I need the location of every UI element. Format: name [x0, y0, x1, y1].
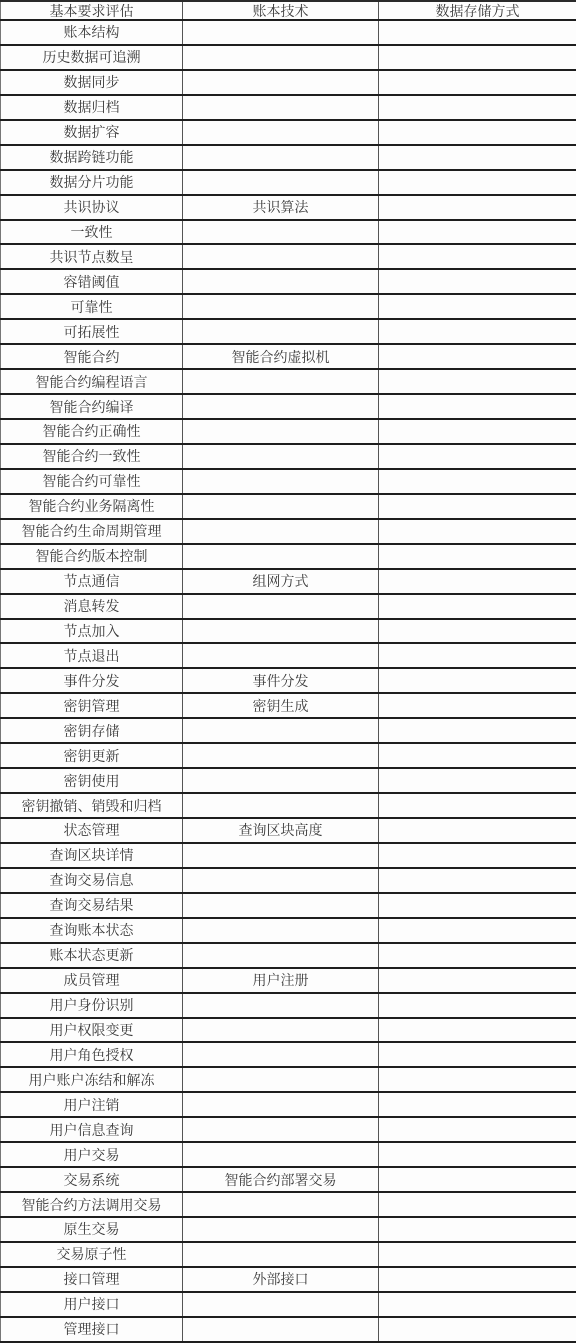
- cell-requirement: 容错阈值: [1, 269, 183, 294]
- table-row: 密钥更新: [1, 743, 576, 768]
- cell-ledger-technology: [183, 1142, 379, 1167]
- table-row: 用户注销: [1, 1092, 576, 1117]
- cell-requirement: 智能合约一致性: [1, 444, 183, 469]
- cell-data-storage: [379, 1292, 576, 1317]
- cell-data-storage: [379, 1142, 576, 1167]
- table-header: 基本要求评估 账本技术 数据存储方式: [1, 1, 576, 20]
- cell-data-storage: [379, 369, 576, 394]
- cell-requirement: 用户接口: [1, 1292, 183, 1317]
- cell-ledger-technology: 密钥生成: [183, 693, 379, 718]
- table-row: 密钥管理 密钥生成: [1, 693, 576, 718]
- cell-requirement: 消息转发: [1, 594, 183, 619]
- cell-data-storage: [379, 743, 576, 768]
- cell-requirement: 智能合约可靠性: [1, 469, 183, 494]
- cell-data-storage: [379, 220, 576, 245]
- table-row: 一致性: [1, 220, 576, 245]
- cell-requirement: 一致性: [1, 220, 183, 245]
- cell-ledger-technology: [183, 918, 379, 943]
- table-row: 用户交易: [1, 1142, 576, 1167]
- table-row: 节点加入: [1, 619, 576, 644]
- cell-data-storage: [379, 843, 576, 868]
- cell-data-storage: [379, 294, 576, 319]
- cell-requirement: 智能合约方法调用交易: [1, 1192, 183, 1217]
- table-row: 智能合约编程语言: [1, 369, 576, 394]
- cell-ledger-technology: [183, 369, 379, 394]
- cell-data-storage: [379, 45, 576, 70]
- cell-requirement: 交易系统: [1, 1167, 183, 1192]
- cell-ledger-technology: [183, 294, 379, 319]
- table-row: 容错阈值: [1, 269, 576, 294]
- cell-ledger-technology: [183, 1217, 379, 1242]
- cell-ledger-technology: 智能合约虚拟机: [183, 344, 379, 369]
- table-row: 原生交易: [1, 1217, 576, 1242]
- cell-data-storage: [379, 419, 576, 444]
- cell-ledger-technology: [183, 319, 379, 344]
- cell-requirement: 智能合约编译: [1, 394, 183, 419]
- cell-ledger-technology: [183, 594, 379, 619]
- requirements-table: 基本要求评估 账本技术 数据存储方式 账本结构 历史数据可追溯 数据同步 数据归…: [0, 0, 576, 1343]
- cell-ledger-technology: 组网方式: [183, 569, 379, 594]
- cell-data-storage: [379, 519, 576, 544]
- table-row: 智能合约编译: [1, 394, 576, 419]
- cell-ledger-technology: [183, 1242, 379, 1267]
- table-row: 用户信息查询: [1, 1117, 576, 1142]
- cell-requirement: 查询区块详情: [1, 843, 183, 868]
- cell-ledger-technology: [183, 743, 379, 768]
- document-page: 基本要求评估 账本技术 数据存储方式 账本结构 历史数据可追溯 数据同步 数据归…: [0, 0, 576, 1343]
- table-row: 智能合约方法调用交易: [1, 1192, 576, 1217]
- cell-data-storage: [379, 1242, 576, 1267]
- cell-ledger-technology: 外部接口: [183, 1267, 379, 1292]
- cell-ledger-technology: [183, 793, 379, 818]
- table-row: 查询交易信息: [1, 868, 576, 893]
- cell-ledger-technology: 共识算法: [183, 195, 379, 220]
- table-row: 用户权限变更: [1, 1018, 576, 1043]
- table-row: 智能合约可靠性: [1, 469, 576, 494]
- cell-ledger-technology: [183, 244, 379, 269]
- cell-data-storage: [379, 1167, 576, 1192]
- cell-data-storage: [379, 95, 576, 120]
- cell-ledger-technology: [183, 1117, 379, 1142]
- cell-ledger-technology: [183, 893, 379, 918]
- cell-data-storage: [379, 968, 576, 993]
- cell-data-storage: [379, 1192, 576, 1217]
- cell-data-storage: [379, 569, 576, 594]
- cell-ledger-technology: [183, 943, 379, 968]
- cell-ledger-technology: [183, 718, 379, 743]
- header-row: 基本要求评估 账本技术 数据存储方式: [1, 1, 576, 20]
- cell-ledger-technology: [183, 1292, 379, 1317]
- cell-ledger-technology: [183, 868, 379, 893]
- cell-ledger-technology: [183, 145, 379, 170]
- cell-requirement: 用户身份识别: [1, 993, 183, 1018]
- cell-requirement: 交易原子性: [1, 1242, 183, 1267]
- cell-ledger-technology: 智能合约部署交易: [183, 1167, 379, 1192]
- table-row: 数据分片功能: [1, 170, 576, 195]
- cell-requirement: 数据跨链功能: [1, 145, 183, 170]
- table-row: 交易原子性: [1, 1242, 576, 1267]
- header-basic-requirement: 基本要求评估: [1, 1, 183, 20]
- cell-requirement: 密钥存储: [1, 718, 183, 743]
- cell-requirement: 密钥管理: [1, 693, 183, 718]
- cell-data-storage: [379, 893, 576, 918]
- cell-data-storage: [379, 319, 576, 344]
- cell-ledger-technology: [183, 419, 379, 444]
- cell-ledger-technology: [183, 494, 379, 519]
- cell-data-storage: [379, 768, 576, 793]
- table-row: 查询区块详情: [1, 843, 576, 868]
- table-row: 共识协议 共识算法: [1, 195, 576, 220]
- cell-data-storage: [379, 1018, 576, 1043]
- cell-data-storage: [379, 469, 576, 494]
- cell-ledger-technology: [183, 1018, 379, 1043]
- cell-requirement: 节点加入: [1, 619, 183, 644]
- cell-ledger-technology: [183, 170, 379, 195]
- cell-ledger-technology: [183, 1192, 379, 1217]
- table-row: 智能合约生命周期管理: [1, 519, 576, 544]
- table-row: 节点退出: [1, 643, 576, 668]
- table-row: 密钥存储: [1, 718, 576, 743]
- cell-data-storage: [379, 943, 576, 968]
- cell-requirement: 密钥使用: [1, 768, 183, 793]
- cell-data-storage: [379, 1042, 576, 1067]
- table-row: 智能合约业务隔离性: [1, 494, 576, 519]
- cell-data-storage: [379, 594, 576, 619]
- table-row: 密钥撤销、销毁和归档: [1, 793, 576, 818]
- cell-data-storage: [379, 1317, 576, 1342]
- cell-requirement: 密钥更新: [1, 743, 183, 768]
- cell-data-storage: [379, 170, 576, 195]
- cell-data-storage: [379, 718, 576, 743]
- cell-requirement: 用户角色授权: [1, 1042, 183, 1067]
- cell-ledger-technology: [183, 1092, 379, 1117]
- cell-ledger-technology: [183, 519, 379, 544]
- cell-requirement: 查询交易结果: [1, 893, 183, 918]
- cell-requirement: 可靠性: [1, 294, 183, 319]
- cell-requirement: 状态管理: [1, 818, 183, 843]
- cell-data-storage: [379, 444, 576, 469]
- cell-requirement: 数据分片功能: [1, 170, 183, 195]
- table-row: 数据跨链功能: [1, 145, 576, 170]
- cell-data-storage: [379, 868, 576, 893]
- cell-requirement: 节点退出: [1, 643, 183, 668]
- cell-requirement: 智能合约: [1, 344, 183, 369]
- cell-requirement: 事件分发: [1, 668, 183, 693]
- table-row: 数据扩容: [1, 120, 576, 145]
- table-row: 查询账本状态: [1, 918, 576, 943]
- table-row: 智能合约 智能合约虚拟机: [1, 344, 576, 369]
- cell-data-storage: [379, 643, 576, 668]
- cell-requirement: 账本状态更新: [1, 943, 183, 968]
- table-row: 智能合约一致性: [1, 444, 576, 469]
- table-row: 用户角色授权: [1, 1042, 576, 1067]
- cell-ledger-technology: [183, 220, 379, 245]
- cell-requirement: 节点通信: [1, 569, 183, 594]
- cell-requirement: 历史数据可追溯: [1, 45, 183, 70]
- cell-requirement: 原生交易: [1, 1217, 183, 1242]
- cell-ledger-technology: 用户注册: [183, 968, 379, 993]
- table-row: 用户账户冻结和解冻: [1, 1067, 576, 1092]
- table-row: 账本状态更新: [1, 943, 576, 968]
- cell-requirement: 查询交易信息: [1, 868, 183, 893]
- cell-requirement: 密钥撤销、销毁和归档: [1, 793, 183, 818]
- cell-requirement: 数据归档: [1, 95, 183, 120]
- cell-data-storage: [379, 1117, 576, 1142]
- cell-requirement: 智能合约编程语言: [1, 369, 183, 394]
- cell-requirement: 智能合约业务隔离性: [1, 494, 183, 519]
- cell-ledger-technology: [183, 70, 379, 95]
- cell-requirement: 账本结构: [1, 20, 183, 45]
- cell-data-storage: [379, 1092, 576, 1117]
- table-row: 查询交易结果: [1, 893, 576, 918]
- table-row: 可拓展性: [1, 319, 576, 344]
- cell-ledger-technology: 查询区块高度: [183, 818, 379, 843]
- cell-requirement: 查询账本状态: [1, 918, 183, 943]
- cell-data-storage: [379, 693, 576, 718]
- cell-requirement: 用户账户冻结和解冻: [1, 1067, 183, 1092]
- cell-data-storage: [379, 494, 576, 519]
- cell-ledger-technology: [183, 1067, 379, 1092]
- cell-data-storage: [379, 394, 576, 419]
- cell-requirement: 数据扩容: [1, 120, 183, 145]
- cell-data-storage: [379, 818, 576, 843]
- cell-data-storage: [379, 793, 576, 818]
- cell-ledger-technology: [183, 619, 379, 644]
- cell-data-storage: [379, 1067, 576, 1092]
- cell-data-storage: [379, 544, 576, 569]
- table-row: 共识节点数呈: [1, 244, 576, 269]
- cell-data-storage: [379, 993, 576, 1018]
- table-row: 密钥使用: [1, 768, 576, 793]
- cell-requirement: 智能合约正确性: [1, 419, 183, 444]
- table-row: 用户接口: [1, 1292, 576, 1317]
- cell-ledger-technology: [183, 394, 379, 419]
- table-row: 交易系统 智能合约部署交易: [1, 1167, 576, 1192]
- cell-ledger-technology: [183, 643, 379, 668]
- table-body: 账本结构 历史数据可追溯 数据同步 数据归档 数据扩容 数据跨链功能 数据分片功…: [1, 20, 576, 1342]
- table-row: 历史数据可追溯: [1, 45, 576, 70]
- table-row: 数据归档: [1, 95, 576, 120]
- cell-data-storage: [379, 70, 576, 95]
- cell-requirement: 管理接口: [1, 1317, 183, 1342]
- table-row: 接口管理 外部接口: [1, 1267, 576, 1292]
- cell-ledger-technology: [183, 45, 379, 70]
- table-row: 成员管理 用户注册: [1, 968, 576, 993]
- cell-ledger-technology: [183, 768, 379, 793]
- cell-ledger-technology: [183, 20, 379, 45]
- cell-ledger-technology: [183, 993, 379, 1018]
- cell-data-storage: [379, 269, 576, 294]
- cell-requirement: 数据同步: [1, 70, 183, 95]
- cell-ledger-technology: [183, 444, 379, 469]
- cell-data-storage: [379, 145, 576, 170]
- cell-data-storage: [379, 1267, 576, 1292]
- table-row: 节点通信 组网方式: [1, 569, 576, 594]
- cell-ledger-technology: [183, 95, 379, 120]
- table-row: 消息转发: [1, 594, 576, 619]
- cell-data-storage: [379, 619, 576, 644]
- cell-data-storage: [379, 20, 576, 45]
- table-row: 智能合约正确性: [1, 419, 576, 444]
- cell-ledger-technology: [183, 120, 379, 145]
- cell-ledger-technology: [183, 843, 379, 868]
- cell-ledger-technology: [183, 544, 379, 569]
- table-row: 用户身份识别: [1, 993, 576, 1018]
- table-row: 可靠性: [1, 294, 576, 319]
- table-row: 数据同步: [1, 70, 576, 95]
- cell-requirement: 共识协议: [1, 195, 183, 220]
- cell-requirement: 成员管理: [1, 968, 183, 993]
- table-row: 账本结构: [1, 20, 576, 45]
- cell-data-storage: [379, 244, 576, 269]
- cell-ledger-technology: [183, 269, 379, 294]
- cell-ledger-technology: 事件分发: [183, 668, 379, 693]
- cell-data-storage: [379, 344, 576, 369]
- cell-data-storage: [379, 1217, 576, 1242]
- cell-requirement: 用户交易: [1, 1142, 183, 1167]
- cell-data-storage: [379, 195, 576, 220]
- cell-requirement: 共识节点数呈: [1, 244, 183, 269]
- cell-requirement: 用户权限变更: [1, 1018, 183, 1043]
- table-row: 智能合约版本控制: [1, 544, 576, 569]
- cell-requirement: 智能合约版本控制: [1, 544, 183, 569]
- cell-requirement: 用户注销: [1, 1092, 183, 1117]
- table-row: 管理接口: [1, 1317, 576, 1342]
- cell-data-storage: [379, 668, 576, 693]
- cell-requirement: 用户信息查询: [1, 1117, 183, 1142]
- cell-ledger-technology: [183, 1317, 379, 1342]
- table-row: 状态管理 查询区块高度: [1, 818, 576, 843]
- header-data-storage: 数据存储方式: [379, 1, 576, 20]
- cell-requirement: 可拓展性: [1, 319, 183, 344]
- cell-ledger-technology: [183, 469, 379, 494]
- cell-requirement: 接口管理: [1, 1267, 183, 1292]
- cell-ledger-technology: [183, 1042, 379, 1067]
- cell-data-storage: [379, 918, 576, 943]
- cell-data-storage: [379, 120, 576, 145]
- table-row: 事件分发 事件分发: [1, 668, 576, 693]
- cell-requirement: 智能合约生命周期管理: [1, 519, 183, 544]
- header-ledger-technology: 账本技术: [183, 1, 379, 20]
